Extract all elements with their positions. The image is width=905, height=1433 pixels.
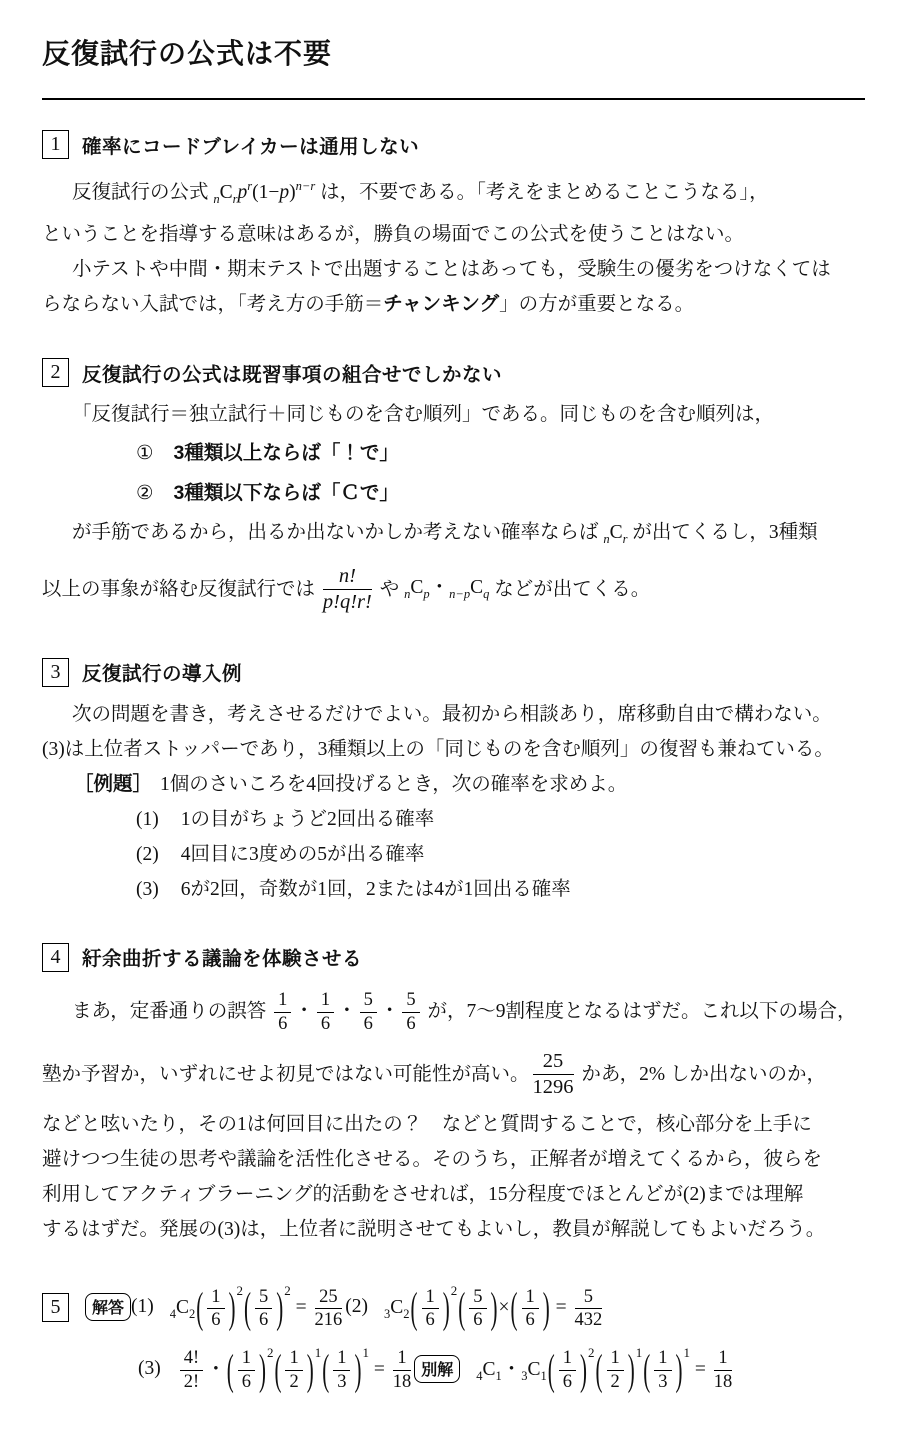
paragraph-line: 小テストや中間・期末テストで出題することはあっても，受験生の優劣をつけなくては xyxy=(42,252,865,287)
paragraph-line: 反復試行の公式 nCrpr(1−p)n−r は，不要である。「考えをまとめること… xyxy=(42,169,865,217)
answer-label: 解答 xyxy=(85,1293,131,1321)
paragraph-line: 避けつつ生徒の思考や議論を活性化させる。そのうち，正解者が増えてくるから，彼らを xyxy=(42,1142,865,1177)
text-run: などが出てくる。 xyxy=(489,580,650,600)
alternative-solution-label: 別解 xyxy=(414,1355,460,1383)
paragraph-line: ということを指導する意味はあるが，勝負の場面でこの公式を使うことはない。 xyxy=(42,217,865,252)
paragraph-line: 「反復試行＝独立試行＋同じものを含む順列」である。同じものを含む順列は， xyxy=(42,397,865,432)
text-run: 」の方が重要となる。 xyxy=(499,294,694,315)
chunk-item-1: ①3種類以上ならば「！で」 xyxy=(42,435,865,472)
text-run: 反復試行の公式 xyxy=(72,182,213,203)
paragraph-line: が手筋であるから，出るか出ないかしか考えない確率ならば nCr が出てくるし，3… xyxy=(42,515,865,557)
emphasis-chunking: チャンキング xyxy=(383,293,499,315)
question-number: (1) xyxy=(136,809,159,830)
paragraph-line: らならない入試では，「考え方の手筋＝チャンキング」の方が重要となる。 xyxy=(42,287,865,322)
text-run: は，不要である。「考えをまとめることこうなる」， xyxy=(315,182,768,203)
formula-ncr: nCr xyxy=(603,522,627,543)
section-number-box: 5 xyxy=(42,1293,69,1322)
paragraph-line: (3)は上位者ストッパーであり，3種類以上の「同じものを含む順列」の復習も兼ねて… xyxy=(42,732,865,767)
section-5: 5 解答 (1) 4C2(16)2(56)2 = 25216 (2) 3C2(1… xyxy=(42,1283,865,1393)
text-run: まあ，定番通りの誤答 xyxy=(72,1002,271,1022)
text-run: が出てくるし，3種類 xyxy=(628,522,818,543)
answer-row-2: (3) 4!2!・(16)2(12)1(13)1 = 118 別解 4C1・3C… xyxy=(42,1345,865,1393)
question-text: 6が2回，奇数が1回，2または4が1回出る確率 xyxy=(181,879,571,900)
text-run: かあ，2% しか出ないのか， xyxy=(577,1065,826,1085)
section-2: 2 反復試行の公式は既習事項の組合せでしかない 「反復試行＝独立試行＋同じものを… xyxy=(42,358,865,622)
question-text: 1の目がちょうど2回出る確率 xyxy=(181,809,435,830)
example-text: 1個のさいころを4回投げるとき，次の確率を求めよ。 xyxy=(160,774,627,795)
section-3-header: 3 反復試行の導入例 xyxy=(42,658,865,687)
section-1-header: 1 確率にコードブレイカーは通用しない xyxy=(42,130,865,159)
section-heading: 確率にコードブレイカーは通用しない xyxy=(82,131,419,159)
section-4: 4 紆余曲折する議論を体験させる まあ，定番通りの誤答 16・16・56・56 … xyxy=(42,943,865,1247)
section-number-box: 2 xyxy=(42,358,69,387)
section-heading: 紆余曲折する議論を体験させる xyxy=(82,943,362,971)
document-page: 反復試行の公式は不要 1 確率にコードブレイカーは通用しない 反復試行の公式 n… xyxy=(0,0,905,1433)
answer-row-1: 5 解答 (1) 4C2(16)2(56)2 = 25216 (2) 3C2(1… xyxy=(42,1283,865,1331)
question-number: (1) xyxy=(131,1296,154,1318)
question-number: (2) xyxy=(136,844,159,865)
section-heading: 反復試行の導入例 xyxy=(82,658,242,686)
formula-answer-3-alt: 4C1・3C1(16)2(12)1(13)1 = 118 xyxy=(476,1345,735,1393)
section-number-box: 1 xyxy=(42,130,69,159)
section-heading: 反復試行の公式は既習事項の組合せでしかない xyxy=(82,359,502,387)
question-number: (3) xyxy=(136,879,159,900)
question-number: (3) xyxy=(138,1358,161,1380)
text-run: や xyxy=(375,580,404,600)
formula-25-1296: 251296 xyxy=(530,1050,577,1099)
example-problem-line: ［例題］1個のさいころを4回投げるとき，次の確率を求めよ。 xyxy=(42,767,865,802)
formula-repeated-trials: nCrpr(1−p)n−r xyxy=(213,182,315,203)
paragraph-line: 利用してアクティブラーニング的活動をさせれば，15分程度でほとんどが(2)までは… xyxy=(42,1177,865,1212)
section-1: 1 確率にコードブレイカーは通用しない 反復試行の公式 nCrpr(1−p)n−… xyxy=(42,130,865,322)
section-2-header: 2 反復試行の公式は既習事項の組合せでしかない xyxy=(42,358,865,387)
text-run: が，7～9割程度となるはずだ。これ以下の場合， xyxy=(423,1002,857,1022)
section-4-header: 4 紆余曲折する議論を体験させる xyxy=(42,943,865,972)
example-label: ［例題］ xyxy=(74,773,152,795)
question-item-2: (2)4回目に3度めの5が出る確率 xyxy=(42,837,865,872)
question-item-1: (1)1の目がちょうど2回出る確率 xyxy=(42,802,865,837)
paragraph-line: などと呟いたり，その1は何回目に出たの？ などと質問することで，核心部分を上手に xyxy=(42,1107,865,1142)
text-run: 塾か予習か，いずれにせよ初見ではない可能性が高い。 xyxy=(42,1065,530,1085)
formula-multinomial-fraction: n!p!q!r! xyxy=(320,565,375,614)
chunk-item-text: 3種類以上ならば「！で」 xyxy=(173,442,398,464)
circled-number: ② xyxy=(136,483,153,504)
chunk-item-text: 3種類以下ならば「Ｃで」 xyxy=(173,482,398,504)
chunk-item-2: ②3種類以下ならば「Ｃで」 xyxy=(42,475,865,512)
question-item-3: (3)6が2回，奇数が1回，2または4が1回出る確率 xyxy=(42,872,865,907)
section-3: 3 反復試行の導入例 次の問題を書き，考えさせるだけでよい。最初から相談あり，席… xyxy=(42,658,865,907)
formula-wrong-answer: 16・16・56・56 xyxy=(271,990,423,1034)
paragraph-line: するはずだ。発展の(3)は，上位者に説明させてもよいし，教員が解説してもよいだろ… xyxy=(42,1212,865,1247)
paragraph-line: 次の問題を書き，考えさせるだけでよい。最初から相談あり，席移動自由で構わない。 xyxy=(42,697,865,732)
page-title: 反復試行の公式は不要 xyxy=(42,32,865,72)
paragraph-line: まあ，定番通りの誤答 16・16・56・56 が，7～9割程度となるはずだ。これ… xyxy=(42,982,865,1042)
question-text: 4回目に3度めの5が出る確率 xyxy=(181,844,425,865)
question-number: (2) xyxy=(345,1296,368,1318)
section-number-box: 3 xyxy=(42,658,69,687)
text-run: 以上の事象が絡む反復試行では xyxy=(42,580,320,600)
text-run: らならない入試では，「考え方の手筋＝ xyxy=(42,294,383,315)
section-number-box: 4 xyxy=(42,943,69,972)
formula-answer-3: 4!2!・(16)2(12)1(13)1 = 118 xyxy=(177,1345,414,1393)
title-divider xyxy=(42,98,865,100)
paragraph-line: 塾か予習か，いずれにせよ初見ではない可能性が高い。251296 かあ，2% しか… xyxy=(42,1042,865,1107)
text-run: が手筋であるから，出るか出ないかしか考えない確率ならば xyxy=(72,522,603,543)
formula-ncp-product: nCp・n−pCq xyxy=(404,578,489,601)
circled-number: ① xyxy=(136,443,153,464)
paragraph-line: 以上の事象が絡む反復試行では n!p!q!r! や nCp・n−pCq などが出… xyxy=(42,557,865,622)
formula-answer-2: 3C2(16)2(56)×(16) = 5432 xyxy=(384,1283,605,1331)
formula-answer-1: 4C2(16)2(56)2 = 25216 xyxy=(170,1283,346,1331)
